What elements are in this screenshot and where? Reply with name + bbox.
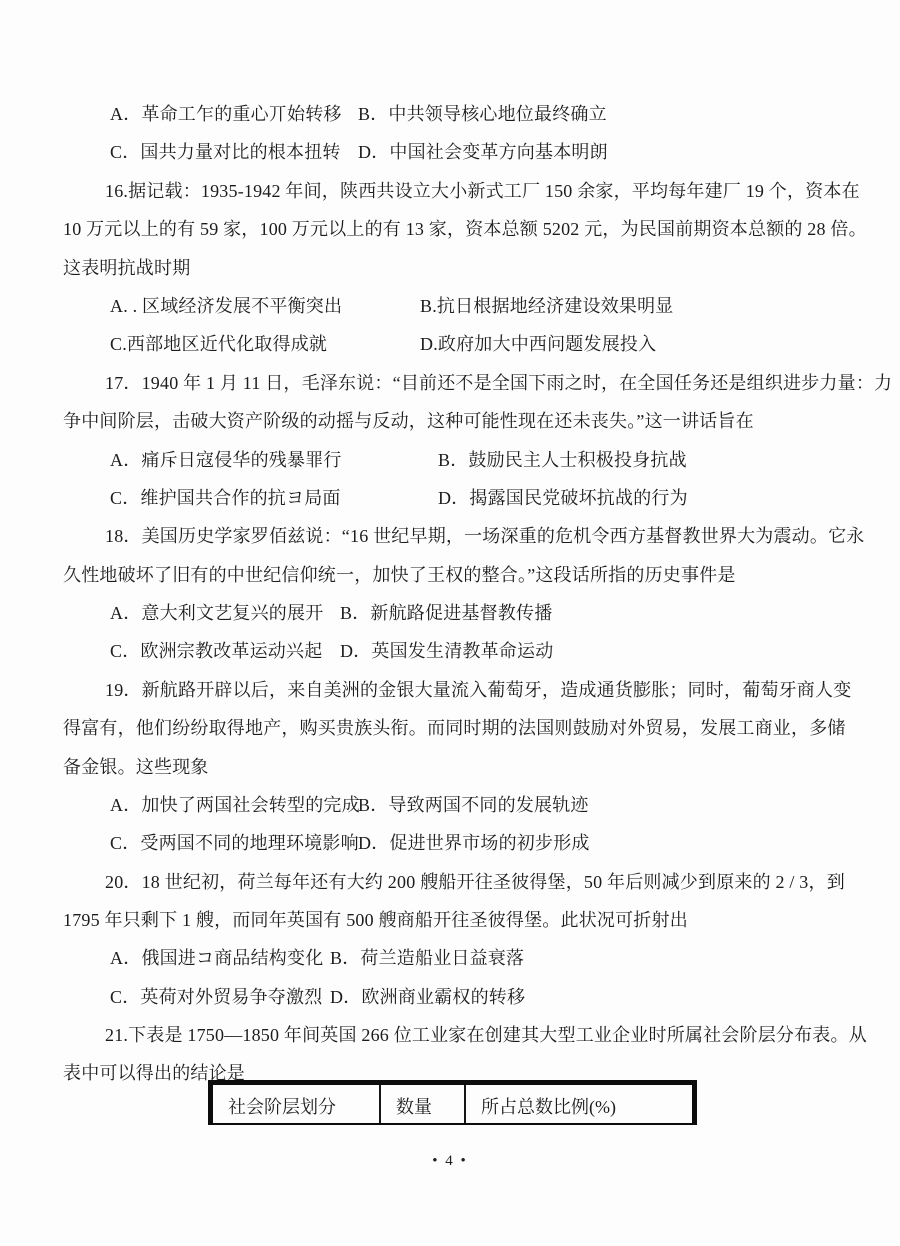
q16-option-c: C.西部地区近代化取得成就 [110, 334, 327, 355]
q18-option-c: C．欧洲宗教改革运动兴起 [110, 641, 322, 662]
q16-stem-line-2: 10 万元以上的有 59 家，100 万元以上的有 13 家，资本总额 5202… [63, 219, 867, 240]
q17-option-c: C．维护国共合作的抗ヨ局面 [110, 488, 341, 509]
q16-option-a: A. . 区域经济发展不平衡突出 [110, 296, 342, 317]
q17-option-d: D．揭露国民党破坏抗战的行为 [438, 488, 688, 509]
q15-option-b: B．中共领导核心地位最终确立 [358, 104, 607, 125]
q15-option-a: A．革命工乍的重心丌始转移 [110, 104, 342, 125]
q19-option-d: D．促进世界市场的初步形成 [358, 833, 590, 854]
q18-option-d: D．英国发生清教革命运动 [340, 641, 553, 662]
q20-stem-line-2: 1795 年只剩下 1 艘，而同年英国有 500 艘商船开往圣彼得堡。此状况可折… [63, 910, 688, 931]
q15-option-c: C．国共力量对比的根本扭转 [110, 142, 341, 163]
q16-option-d: D.政府加大中西问题发展投入 [420, 334, 656, 355]
q16-stem-line-1: 16.据记载：1935-1942 年间，陕西共设立大小新式工厂 150 余家，平… [105, 181, 860, 202]
exam-page: A．革命工乍的重心丌始转移B．中共领导核心地位最终确立C．国共力量对比的根本扭转… [0, 0, 900, 1246]
q18-stem-line-1: 18．美国历史学家罗佰兹说：“16 世纪早期，一场深重的危机令西方基督教世界大为… [105, 526, 865, 547]
q20-option-d: D．欧洲商业霸权的转移 [330, 987, 525, 1008]
q18-option-a: A．意大利文艺复兴的展开 [110, 603, 323, 624]
q20-option-b: B．荷兰造船业日益衰落 [330, 948, 524, 969]
q20-stem-line-1: 20．18 世纪初，荷兰每年还有大约 200 艘船开往圣彼得堡，50 年后则减少… [105, 872, 845, 893]
q18-option-b: B．新航路促进基督教传播 [340, 603, 552, 624]
q19-stem-line-1: 19．新航路开辟以后，来自美洲的金银大量流入葡萄牙，造成通货膨胀；同时，葡萄牙商… [105, 680, 851, 701]
table-header-social-class: 社会阶层划分 [213, 1085, 381, 1123]
question-21-table: 社会阶层划分 数量 所占总数比例(%) [208, 1080, 697, 1125]
q19-option-b: B．导致两国不同的发展轨迹 [358, 795, 589, 816]
q17-stem-line-2: 争中间阶层，击破大资产阶级的动摇与反动，这种可能性现在还未丧失。”这一讲话旨在 [63, 411, 754, 432]
q19-stem-line-2: 得富有，他们纷纷取得地产，购买贵族头衔。而同时期的法国则鼓励对外贸易，发展工商业… [63, 718, 846, 739]
page-number-footer: • 4 • [0, 1153, 900, 1170]
q19-option-c: C．受两国不同的地理环境影响 [110, 833, 359, 854]
q18-stem-line-2: 久性地破坏了旧有的中世纪信仰统一，加快了王权的整合。”这段话所指的历史事件是 [63, 565, 736, 586]
q19-option-a: A．加快了两国社会转型的完成 [110, 795, 360, 816]
table-header-percentage: 所占总数比例(%) [466, 1085, 692, 1123]
q17-option-b: B．鼓励民主人士积极投身抗战 [438, 450, 687, 471]
q16-stem-line-3: 这表明抗战时期 [63, 258, 190, 279]
q15-option-d: D．中国社会变革方向基本明朗 [358, 142, 608, 163]
q21-stem-line-1: 21.下表是 1750—1850 年间英国 266 位工业家在创建其大型工业企业… [105, 1025, 867, 1046]
q20-option-c: C．英荷对外贸易争夺激烈 [110, 987, 322, 1008]
q17-option-a: A．痛斥日寇侵华的残暴罪行 [110, 450, 342, 471]
table-header-quantity: 数量 [381, 1085, 466, 1123]
q16-option-b: B.抗日根据地经济建设效果明显 [420, 296, 674, 317]
q17-stem-line-1: 17．1940 年 1 月 11 日，毛泽东说：“目前还不是全国下雨之时，在全国… [105, 373, 892, 394]
q20-option-a: A．俄国进コ商品结构变化 [110, 948, 323, 969]
q19-stem-line-3: 备金银。这些现象 [63, 757, 209, 778]
